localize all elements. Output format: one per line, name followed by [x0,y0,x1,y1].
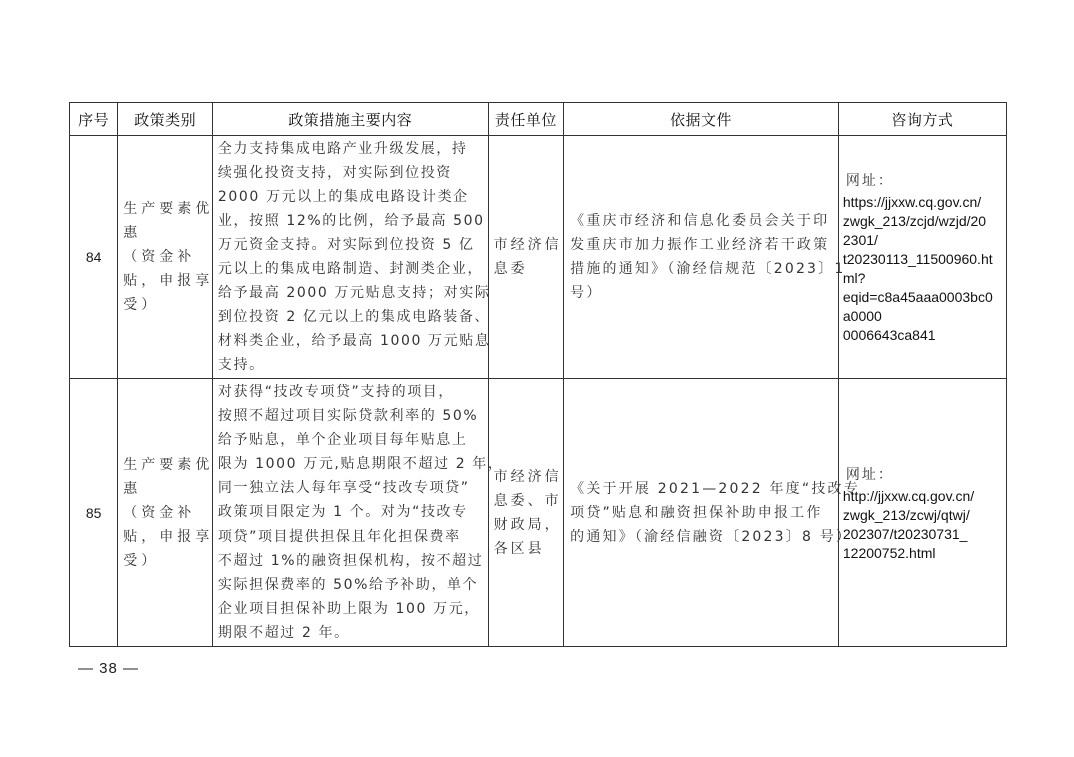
header-content: 政策措施主要内容 [212,103,488,136]
content-line: 期限不超过 2 年。 [218,621,485,645]
basis-document: 《重庆市经济和信息化委员会关于印 发重庆市加力振作工业经济若干政策 措施的通知》… [564,136,839,379]
content-line: 给予最高 2000 万元贴息支持；对实际 [218,281,485,305]
contact-url-line[interactable]: http://jjxxw.cq.gov.cn/ [843,487,1003,506]
category-line: 受） [123,293,208,317]
category-line: 受） [123,549,208,573]
content-line: 政策项目限定为 1 个。对为“技改专 [218,500,485,524]
contact-url-line[interactable]: 12200752.html [843,544,1003,563]
page-number: — 38 — [78,660,139,677]
unit-line: 财政局， [494,513,560,537]
header-contact: 咨询方式 [838,103,1006,136]
header-document: 依据文件 [564,103,839,136]
content-line: 续强化投资支持，对实际到位投资 [218,161,485,185]
policy-table: 序号 政策类别 政策措施主要内容 责任单位 依据文件 咨询方式 84 生产要素优… [69,102,1007,647]
table-header-row: 序号 政策类别 政策措施主要内容 责任单位 依据文件 咨询方式 [70,103,1007,136]
contact-url-line[interactable]: zwgk_213/zcwj/qtwj/ [843,506,1003,525]
content-line: 同一独立法人每年享受“技改专项贷” [218,476,485,500]
category-line: 生产要素优 [123,197,208,221]
content-line: 按照不超过项目实际贷款利率的 50% [218,404,485,428]
document-line: 号） [570,281,835,305]
contact-url-line[interactable]: 202307/t20230731_ [843,525,1003,544]
table-row: 84 生产要素优 惠 （资金补 贴，申报享 受） 全力支持集成电路产业升级发展，… [70,136,1007,379]
contact-url-line[interactable]: t20230113_11500960.ht [843,250,1003,269]
content-line: 万元资金支持。对实际到位投资 5 亿 [218,233,485,257]
content-line: 元以上的集成电路制造、封测类企业， [218,257,485,281]
responsible-unit: 市经济信 息委 [488,136,563,379]
document-line: 措施的通知》（渝经信规范〔2023〕1 [570,257,835,281]
category-line: （资金补 [123,501,208,525]
basis-document: 《关于开展 2021—2022 年度“技改专 项贷”贴息和融资担保补助申报工作 … [564,379,839,647]
responsible-unit: 市经济信 息委、市 财政局， 各区县 [488,379,563,647]
document-line: 发重庆市加力振作工业经济若干政策 [570,233,835,257]
header-category: 政策类别 [118,103,213,136]
content-line: 对获得“技改专项贷”支持的项目， [218,380,485,404]
unit-line: 市经济信 [494,465,560,489]
content-line: 2000 万元以上的集成电路设计类企 [218,185,485,209]
policy-content: 全力支持集成电路产业升级发展，持 续强化投资支持，对实际到位投资 2000 万元… [212,136,488,379]
category-line: 生产要素优 [123,453,208,477]
contact-url-line[interactable]: zwgk_213/zcjd/wzjd/20 [843,212,1003,231]
document-line: 《关于开展 2021—2022 年度“技改专 [570,477,835,501]
header-no: 序号 [70,103,118,136]
table-row: 85 生产要素优 惠 （资金补 贴，申报享 受） 对获得“技改专项贷”支持的项目… [70,379,1007,647]
row-number: 85 [70,379,118,647]
document-line: 《重庆市经济和信息化委员会关于印 [570,209,835,233]
contact-method: 网址： http://jjxxw.cq.gov.cn/ zwgk_213/zcw… [838,379,1006,647]
contact-label: 网址： [843,463,1003,487]
contact-url-line[interactable]: a0000 [843,307,1003,326]
policy-content: 对获得“技改专项贷”支持的项目， 按照不超过项目实际贷款利率的 50% 给予贴息… [212,379,488,647]
category-line: 贴，申报享 [123,269,208,293]
contact-label: 网址： [843,169,1003,193]
content-line: 限为 1000 万元,贴息期限不超过 2 年， [218,452,485,476]
content-line: 到位投资 2 亿元以上的集成电路装备、 [218,305,485,329]
contact-method: 网址： https://jjxxw.cq.gov.cn/ zwgk_213/zc… [838,136,1006,379]
document-line: 项贷”贴息和融资担保补助申报工作 [570,501,835,525]
content-line: 全力支持集成电路产业升级发展，持 [218,137,485,161]
policy-category: 生产要素优 惠 （资金补 贴，申报享 受） [118,136,213,379]
content-line: 材料类企业，给予最高 1000 万元贴息 [218,329,485,353]
row-number: 84 [70,136,118,379]
document-page: 序号 政策类别 政策措施主要内容 责任单位 依据文件 咨询方式 84 生产要素优… [0,0,1074,757]
content-line: 给予贴息，单个企业项目每年贴息上 [218,428,485,452]
contact-url-line[interactable]: 2301/ [843,231,1003,250]
contact-url-line[interactable]: eqid=c8a45aaa0003bc0 [843,288,1003,307]
content-line: 实际担保费率的 50%给予补助，单个 [218,573,485,597]
category-line: 惠 [123,221,208,245]
content-line: 不超过 1%的融资担保机构，按不超过 [218,549,485,573]
contact-url-line[interactable]: https://jjxxw.cq.gov.cn/ [843,193,1003,212]
content-line: 企业项目担保补助上限为 100 万元， [218,597,485,621]
contact-url-line[interactable]: 0006643ca841 [843,326,1003,345]
content-line: 支持。 [218,353,485,377]
content-line: 项贷”项目提供担保且年化担保费率 [218,525,485,549]
unit-line: 息委 [494,257,560,281]
content-line: 业，按照 12%的比例，给予最高 500 [218,209,485,233]
document-line: 的通知》（渝经信融资〔2023〕8 号） [570,525,835,549]
unit-line: 息委、市 [494,489,560,513]
header-unit: 责任单位 [488,103,563,136]
policy-category: 生产要素优 惠 （资金补 贴，申报享 受） [118,379,213,647]
contact-url-line[interactable]: ml? [843,269,1003,288]
category-line: 惠 [123,477,208,501]
unit-line: 市经济信 [494,233,560,257]
unit-line: 各区县 [494,537,560,561]
category-line: （资金补 [123,245,208,269]
category-line: 贴，申报享 [123,525,208,549]
